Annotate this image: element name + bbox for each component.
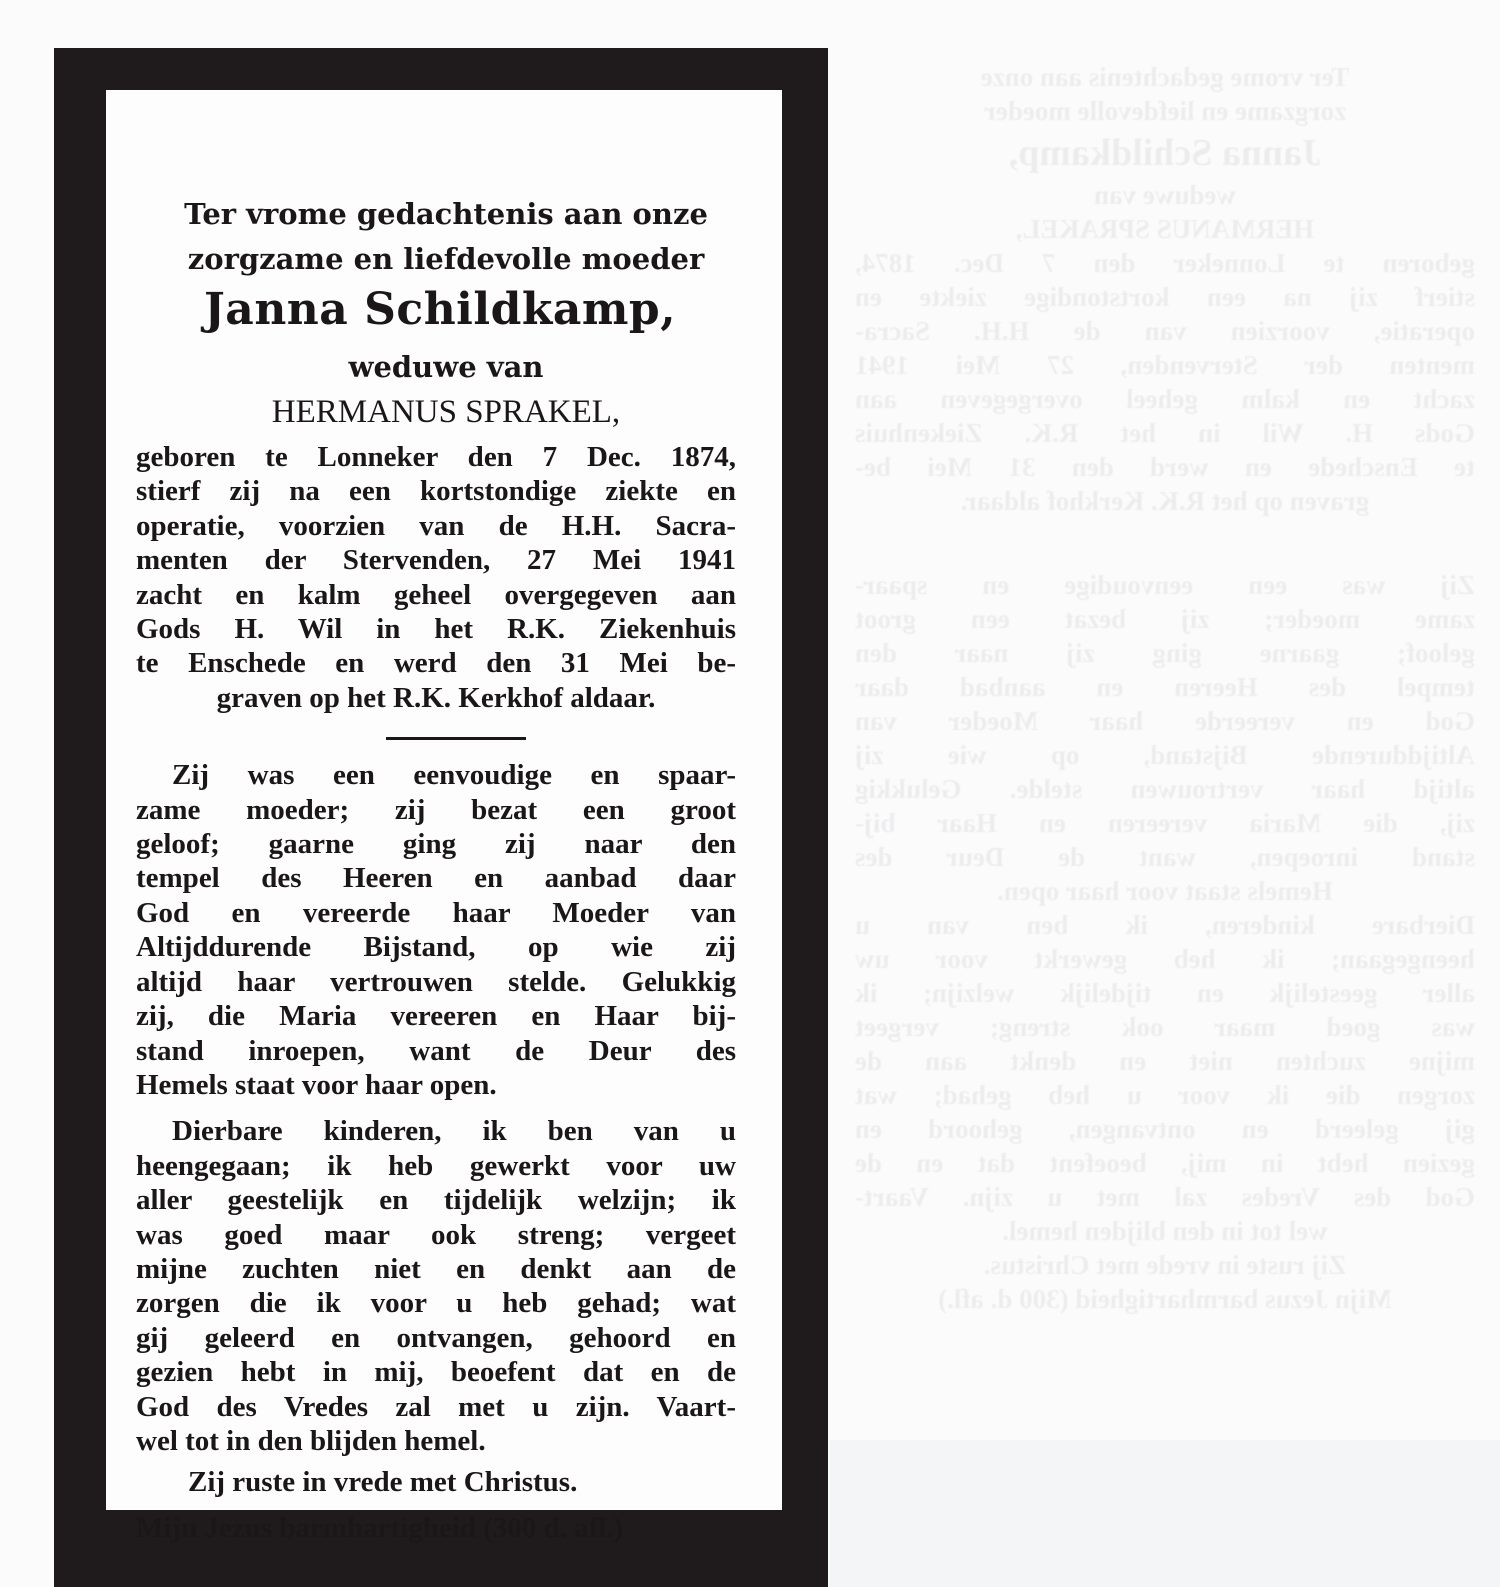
biography-line: te Enschede en werd den 31 Mei be- [136, 646, 736, 680]
scanner-bed-area [830, 1440, 1500, 1587]
tribute-line: zij, die Maria vereeren en Haar bij- [136, 999, 736, 1033]
widow-of-label: weduwe van [136, 344, 736, 390]
farewell-line: aller geestelijk en tijdelijk welzijn; i… [136, 1183, 736, 1217]
farewell-line: zorgen die ik voor u heb gehad; wat [136, 1286, 736, 1320]
bleed-line: graven op het R.K. Kerkhof aldaar. [855, 484, 1475, 518]
indulgence-prayer: Mijn Jezus barmhartigheid (300 d. afl.) [136, 1506, 736, 1550]
bleed-line: operatie, voorzien van de H.H. Sacra- [855, 314, 1475, 348]
bleed-line: Altijddurende Bijstand, op wie zij [855, 738, 1475, 772]
bleed-line: geloof; gaarne ging zij naar den [855, 636, 1475, 670]
tribute-line: stand inroepen, want de Deur des [136, 1034, 736, 1068]
bleed-line: Zij was een eenvoudige en spaar- [855, 568, 1475, 602]
bleed-line: Ter vrome gedachtenis aan onze [855, 60, 1475, 94]
bleed-line: HERMANUS SPRAKEL, [855, 212, 1475, 246]
bleed-line: stand inroepen, want de Deur des [855, 840, 1475, 874]
biography-line: zacht en kalm geheel overgegeven aan [136, 578, 736, 612]
husband-name: HERMANUS SPRAKEL, [136, 390, 736, 434]
bleed-line: menten der Stervenden, 27 Mei 1941 [855, 348, 1475, 382]
bleed-line: heengegaan; ik heb gewerkt voor uw [855, 942, 1475, 976]
bleed-line: geboren te Lonneker den 7 Dec. 1874, [855, 246, 1475, 280]
tribute-line: Altijddurende Bijstand, op wie zij [136, 930, 736, 964]
bleed-line: zorgzame en liefdevolle moeder [855, 94, 1475, 128]
bleed-line: tempel des Heeren en aanbad daar [855, 670, 1475, 704]
biography-line: stierf zij na een kortstondige ziekte en [136, 474, 736, 508]
bleed-line: zij, die Maria vereeren en Haar bij- [855, 806, 1475, 840]
bleed-line: zacht en kalm geheel overgegeven aan [855, 382, 1475, 416]
bleed-line: gezien hebt in mij, beoefent dat en de [855, 1146, 1475, 1180]
biography-line: operatie, voorzien van de H.H. Sacra- [136, 509, 736, 543]
biography-line: menten der Stervenden, 27 Mei 1941 [136, 543, 736, 577]
bleed-line: was goed maar ook streng; vergeet [855, 1010, 1475, 1044]
intro-line: Ter vrome gedachtenis aan onze [136, 192, 736, 237]
rest-in-peace-line: Zij ruste in vrede met Christus. [136, 1460, 736, 1504]
farewell-line: Dierbare kinderen, ik ben van u [136, 1114, 736, 1148]
farewell-line: wel tot in den blijden hemel. [136, 1424, 736, 1458]
deceased-name: Janna Schildkamp, [136, 282, 736, 338]
bleed-line: zame moeder; zij bezat een groot [855, 602, 1475, 636]
mourning-border: Ter vrome gedachtenis aan onze zorgzame … [54, 48, 828, 1587]
bleed-line: Dierbare kinderen, ik ben van u [855, 908, 1475, 942]
farewell-line: gij geleerd en ontvangen, gehoord en [136, 1321, 736, 1355]
bleed-line: Hemels staat voor haar open. [855, 874, 1475, 908]
tribute-line: God en vereerde haar Moeder van [136, 896, 736, 930]
biography-line: Gods H. Wil in het R.K. Ziekenhuis [136, 612, 736, 646]
tribute-line: zame moeder; zij bezat een groot [136, 793, 736, 827]
bleed-line: Mijn Jezus barmhartigheid (300 d. afl.) [855, 1282, 1475, 1316]
tribute-paragraph: Zij was een eenvoudige en spaar- zame mo… [136, 758, 736, 1102]
farewell-line: was goed maar ook streng; vergeet [136, 1218, 736, 1252]
biography-line: graven op het R.K. Kerkhof aldaar. [136, 681, 736, 715]
bleed-line: gij geleerd en ontvangen, gehoord en [855, 1112, 1475, 1146]
tribute-line: altijd haar vertrouwen stelde. Gelukkig [136, 965, 736, 999]
bleed-line: wel tot in den blijden hemel. [855, 1214, 1475, 1248]
bleed-line: Janna Schildkamp, [855, 128, 1475, 178]
bleed-line: Gods H. Wil in het R.K. Ziekenhuis [855, 416, 1475, 450]
bleed-through-text: Ter vrome gedachtenis aan onze zorgzame … [845, 60, 1485, 1390]
farewell-line: mijne zuchten niet en denkt aan de [136, 1252, 736, 1286]
memorial-card: Ter vrome gedachtenis aan onze zorgzame … [106, 90, 782, 1510]
bleed-line: te Enschede en werd den 31 Mei be- [855, 450, 1475, 484]
biography-line: geboren te Lonneker den 7 Dec. 1874, [136, 440, 736, 474]
bleed-line: stierf zij na een kortstondige ziekte en [855, 280, 1475, 314]
bleed-line: zorgen die ik voor u heb gehad; wat [855, 1078, 1475, 1112]
bleed-line: mijne zuchten niet en denkt aan de [855, 1044, 1475, 1078]
tribute-line: tempel des Heeren en aanbad daar [136, 861, 736, 895]
tribute-line: geloof; gaarne ging zij naar den [136, 827, 736, 861]
tribute-line: Hemels staat voor haar open. [136, 1068, 736, 1102]
farewell-paragraph: Dierbare kinderen, ik ben van u heengega… [136, 1114, 736, 1458]
bleed-line: God en vereerde haar Moeder van [855, 704, 1475, 738]
intro-line: zorgzame en liefdevolle moeder [136, 237, 736, 282]
farewell-line: heengegaan; ik heb gewerkt voor uw [136, 1149, 736, 1183]
bleed-line: weduwe van [855, 178, 1475, 212]
bleed-line: God des Vredes zal met u zijn. Vaart- [855, 1180, 1475, 1214]
biography-paragraph: geboren te Lonneker den 7 Dec. 1874, sti… [136, 440, 736, 715]
bleed-line: altijd haar vertrouwen stelde. Gelukkig [855, 772, 1475, 806]
bleed-line: aller geestelijk en tijdelijk welzijn; i… [855, 976, 1475, 1010]
farewell-line: God des Vredes zal met u zijn. Vaart- [136, 1390, 736, 1424]
bleed-line: Zij ruste in vrede met Christus. [855, 1248, 1475, 1282]
tribute-line: Zij was een eenvoudige en spaar- [136, 758, 736, 792]
section-divider [386, 737, 526, 740]
farewell-line: gezien hebt in mij, beoefent dat en de [136, 1355, 736, 1389]
